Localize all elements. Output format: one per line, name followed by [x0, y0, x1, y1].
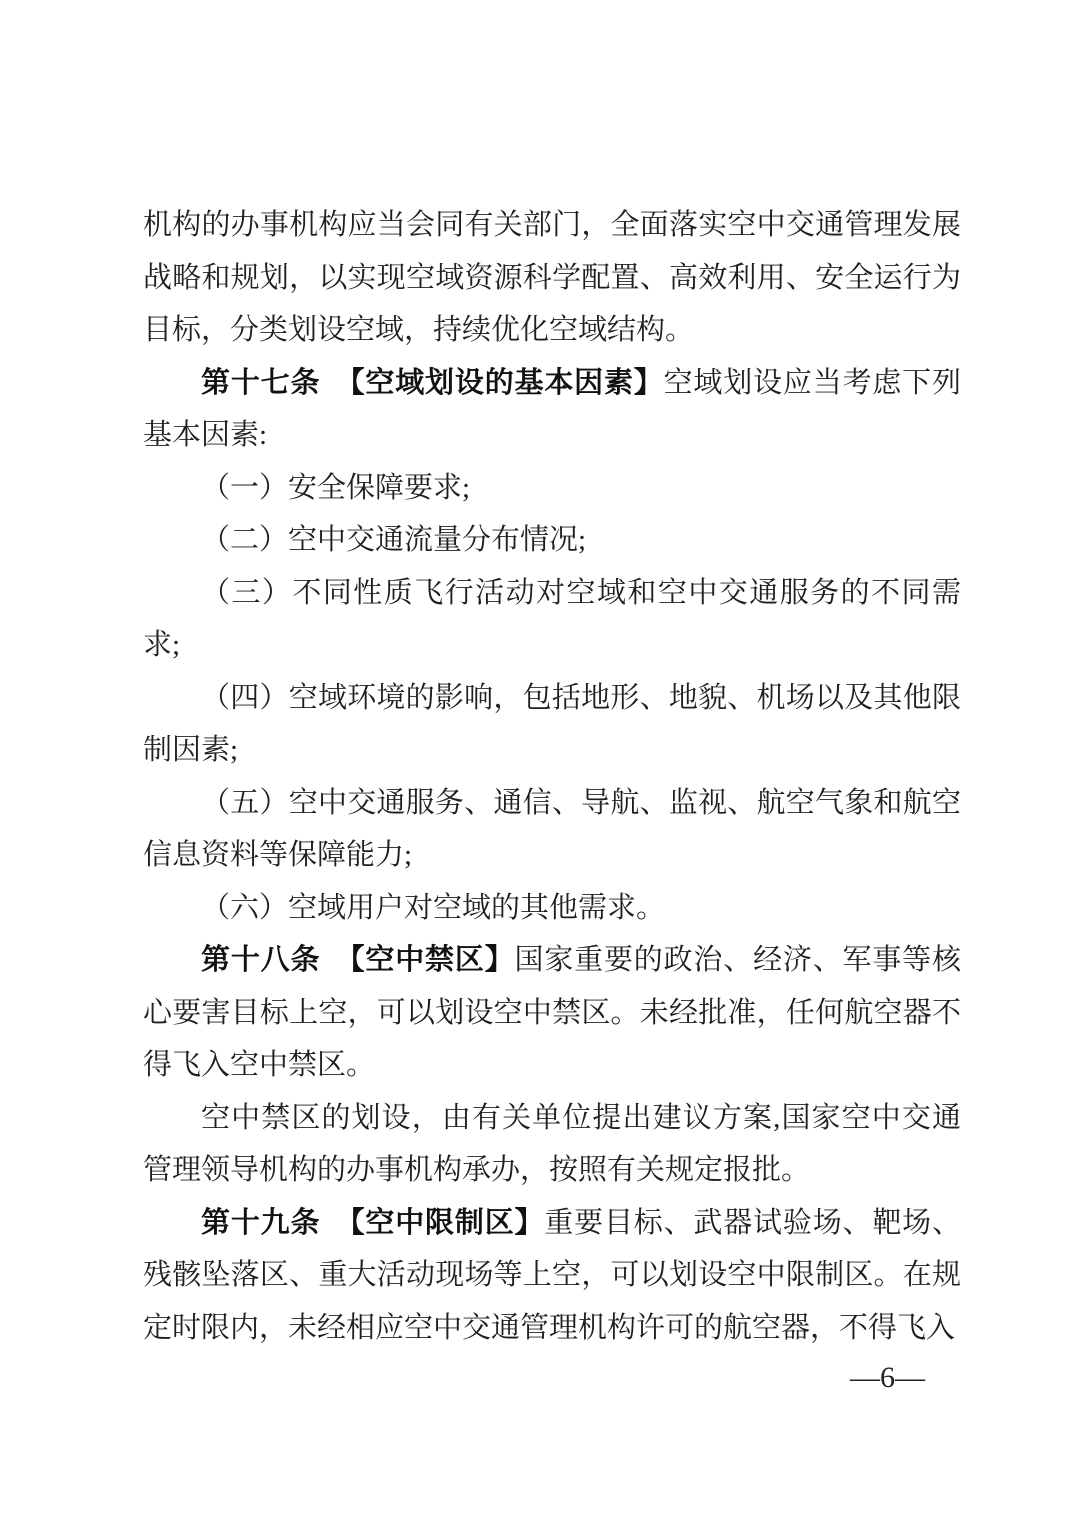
paragraph: （五）空中交通服务、通信、导航、监视、航空气象和航空信息资料等保障能力;	[143, 777, 961, 882]
article-heading: 第十八条 【空中禁区】	[201, 944, 515, 976]
body-text: （一）安全保障要求;	[201, 472, 470, 504]
body-text: （二）空中交通流量分布情况;	[201, 524, 586, 556]
paragraph: （一）安全保障要求;	[143, 462, 961, 515]
body-text: 空中禁区的划设，由有关单位提出建议方案,国家空中交通管理领导机构的办事机构承办，…	[143, 1102, 961, 1187]
page-number: —6—	[850, 1358, 925, 1398]
article-heading: 第十七条 【空域划设的基本因素】	[201, 367, 664, 399]
paragraph: 空中禁区的划设，由有关单位提出建议方案,国家空中交通管理领导机构的办事机构承办，…	[143, 1092, 961, 1197]
body-text: （四）空域环境的影响，包括地形、地貌、机场以及其他限制因素;	[143, 682, 961, 767]
paragraph: 机构的办事机构应当会同有关部门，全面落实空中交通管理发展战略和规划，以实现空域资…	[143, 199, 961, 357]
paragraph: （二）空中交通流量分布情况;	[143, 514, 961, 567]
body-text: 机构的办事机构应当会同有关部门，全面落实空中交通管理发展战略和规划，以实现空域资…	[143, 209, 961, 346]
paragraph: 第十九条 【空中限制区】重要目标、武器试验场、靶场、残骸坠落区、重大活动现场等上…	[143, 1197, 961, 1355]
paragraph: （四）空域环境的影响，包括地形、地貌、机场以及其他限制因素;	[143, 672, 961, 777]
body-text: （五）空中交通服务、通信、导航、监视、航空气象和航空信息资料等保障能力;	[143, 787, 961, 872]
body-text: （六）空域用户对空域的其他需求。	[201, 892, 665, 924]
paragraph: （六）空域用户对空域的其他需求。	[143, 882, 961, 935]
paragraph: （三）不同性质飞行活动对空域和空中交通服务的不同需求;	[143, 567, 961, 672]
document-page: 机构的办事机构应当会同有关部门，全面落实空中交通管理发展战略和规划，以实现空域资…	[0, 0, 1080, 1527]
paragraph: 第十七条 【空域划设的基本因素】空域划设应当考虑下列基本因素:	[143, 357, 961, 462]
paragraph: 第十八条 【空中禁区】国家重要的政治、经济、军事等核心要害目标上空，可以划设空中…	[143, 934, 961, 1092]
body-text: （三）不同性质飞行活动对空域和空中交通服务的不同需求;	[143, 577, 961, 662]
article-heading: 第十九条 【空中限制区】	[201, 1207, 544, 1239]
document-body: 机构的办事机构应当会同有关部门，全面落实空中交通管理发展战略和规划，以实现空域资…	[143, 199, 961, 1354]
